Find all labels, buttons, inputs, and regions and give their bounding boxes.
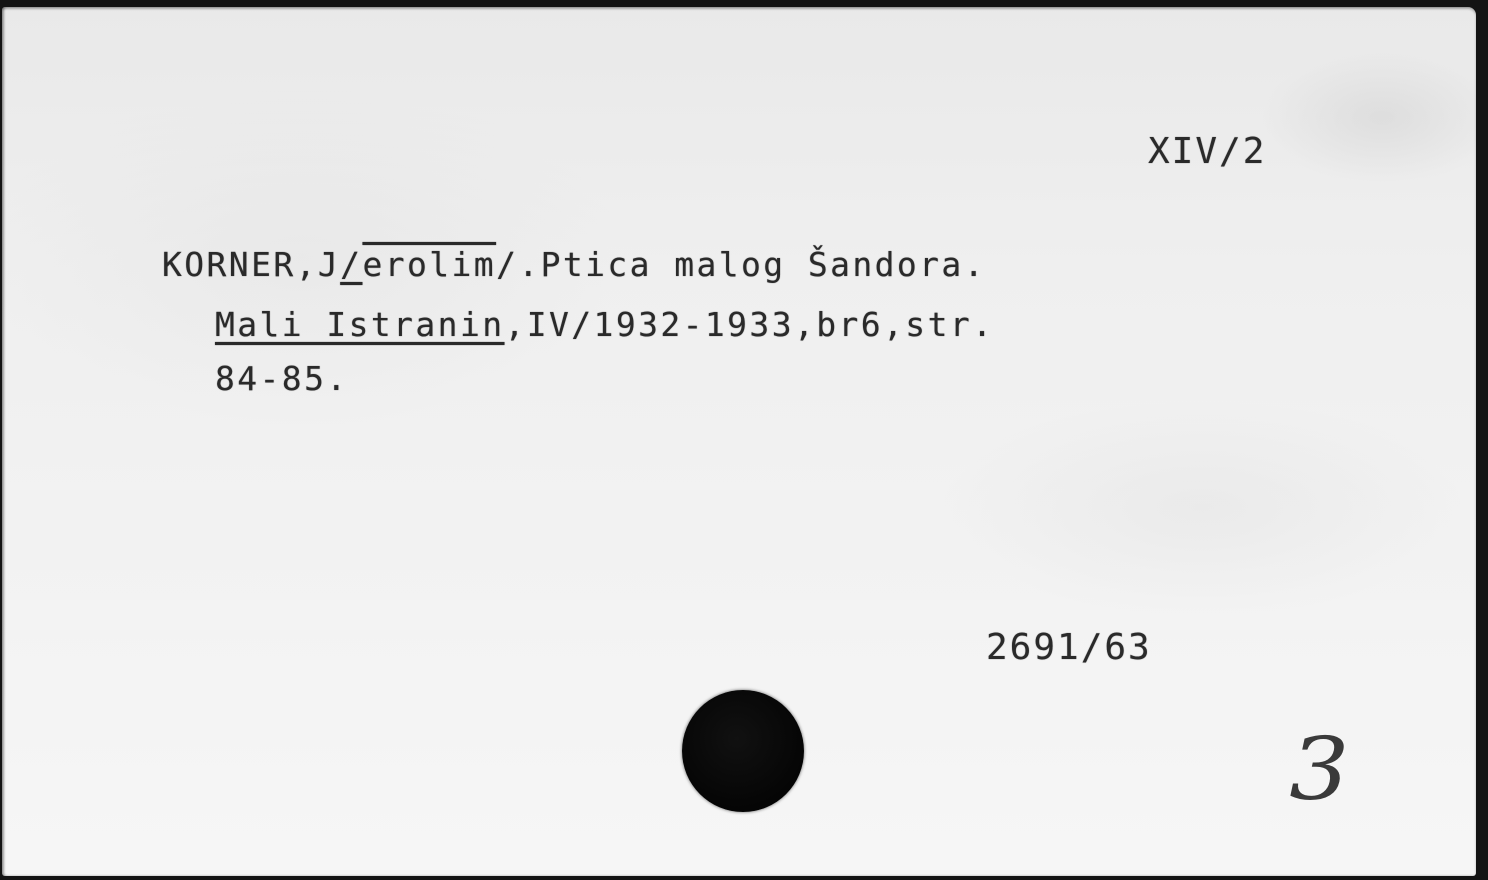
- author-given-name-supplied: erolim: [362, 245, 496, 284]
- punch-hole: [682, 690, 804, 812]
- shelf-mark: XIV/2: [1148, 131, 1266, 172]
- bracket-close: /: [496, 245, 518, 284]
- entry-author-title-line: KORNER,J/erolim/.Ptica malog Šandora.: [162, 245, 986, 284]
- catalog-card: XIV/2 KORNER,J/erolim/.Ptica malog Šando…: [2, 7, 1476, 876]
- entry-pages-line: 84-85.: [215, 359, 349, 398]
- author-surname: KORNER: [162, 245, 296, 284]
- source-title: Mali Istranin: [215, 305, 504, 344]
- author-initial: J: [318, 245, 340, 284]
- scanned-catalog-card-image: XIV/2 KORNER,J/erolim/.Ptica malog Šando…: [0, 0, 1488, 880]
- work-title: .Ptica malog Šandora.: [518, 245, 986, 284]
- entry-source-line: Mali Istranin,IV/1932-1933,br6,str.: [215, 305, 994, 344]
- handwritten-number: 3: [1289, 727, 1349, 813]
- bracket-open: /: [340, 245, 362, 284]
- accession-number: 2691/63: [986, 627, 1152, 668]
- source-details: ,IV/1932-1933,br6,str.: [504, 305, 994, 344]
